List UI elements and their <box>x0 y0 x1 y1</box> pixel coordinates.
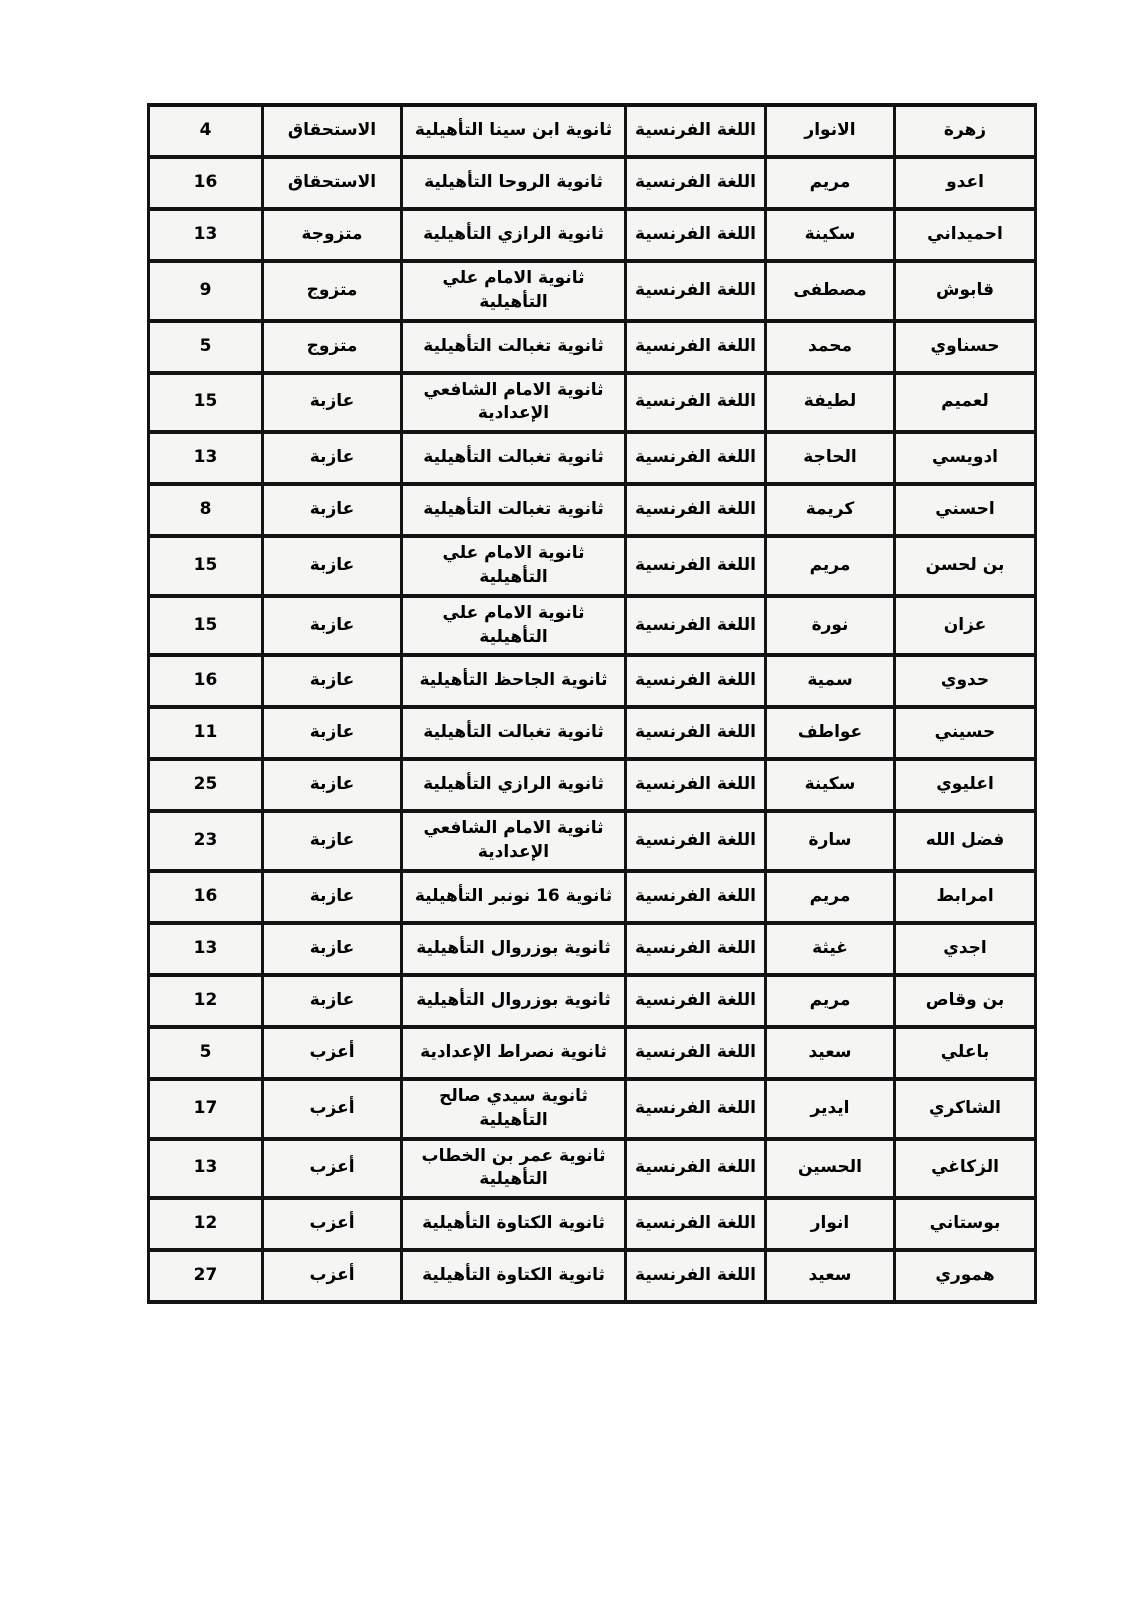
cell-first-name: سمية <box>766 655 895 707</box>
cell-school: ثانوية بوزروال التأهيلية <box>402 923 626 975</box>
cell-last-name: حسناوي <box>895 321 1036 373</box>
cell-number: 13 <box>149 432 263 484</box>
cell-first-name: سعيد <box>766 1250 895 1302</box>
cell-first-name: انوار <box>766 1198 895 1250</box>
cell-last-name: فضل الله <box>895 811 1036 871</box>
table-row: حسناويمحمداللغة الفرنسيةثانوية تغبالت ال… <box>149 321 1036 373</box>
cell-last-name: قابوش <box>895 261 1036 321</box>
cell-school: ثانوية الرازي التأهيلية <box>402 759 626 811</box>
table-row: اعليويسكينةاللغة الفرنسيةثانوية الرازي ا… <box>149 759 1036 811</box>
cell-subject: اللغة الفرنسية <box>626 1139 766 1199</box>
cell-subject: اللغة الفرنسية <box>626 759 766 811</box>
cell-last-name: باعلي <box>895 1027 1036 1079</box>
cell-first-name: الانوار <box>766 105 895 157</box>
cell-marital-status: عازبة <box>263 596 402 656</box>
cell-school: ثانوية الروحا التأهيلية <box>402 157 626 209</box>
cell-marital-status: أعزب <box>263 1027 402 1079</box>
cell-number: 25 <box>149 759 263 811</box>
cell-marital-status: عازبة <box>263 923 402 975</box>
table-row: ادويسيالحاجةاللغة الفرنسيةثانوية تغبالت … <box>149 432 1036 484</box>
cell-marital-status: متزوجة <box>263 209 402 261</box>
cell-school: ثانوية الامام علي التأهيلية <box>402 261 626 321</box>
cell-subject: اللغة الفرنسية <box>626 261 766 321</box>
cell-first-name: سكينة <box>766 209 895 261</box>
cell-first-name: الحسين <box>766 1139 895 1199</box>
table-row: فضل اللهسارةاللغة الفرنسيةثانوية الامام … <box>149 811 1036 871</box>
cell-number: 15 <box>149 536 263 596</box>
cell-last-name: الزكاغي <box>895 1139 1036 1199</box>
cell-number: 16 <box>149 655 263 707</box>
cell-subject: اللغة الفرنسية <box>626 209 766 261</box>
cell-last-name: اعليوي <box>895 759 1036 811</box>
cell-school: ثانوية الكتاوة التأهيلية <box>402 1198 626 1250</box>
table-row: امرابطمريماللغة الفرنسيةثانوية 16 نونبر … <box>149 871 1036 923</box>
cell-marital-status: أعزب <box>263 1079 402 1139</box>
cell-subject: اللغة الفرنسية <box>626 923 766 975</box>
cell-school: ثانوية تغبالت التأهيلية <box>402 484 626 536</box>
cell-last-name: احسني <box>895 484 1036 536</box>
cell-marital-status: عازبة <box>263 707 402 759</box>
cell-marital-status: عازبة <box>263 811 402 871</box>
cell-last-name: احميداني <box>895 209 1036 261</box>
cell-school: ثانوية عمر بن الخطاب التأهيلية <box>402 1139 626 1199</box>
cell-school: ثانوية الامام الشافعي الإعدادية <box>402 811 626 871</box>
cell-marital-status: متزوج <box>263 261 402 321</box>
cell-subject: اللغة الفرنسية <box>626 105 766 157</box>
cell-subject: اللغة الفرنسية <box>626 1198 766 1250</box>
cell-first-name: مصطفى <box>766 261 895 321</box>
table-row: باعليسعيداللغة الفرنسيةثانوية نصراط الإع… <box>149 1027 1036 1079</box>
cell-marital-status: عازبة <box>263 373 402 433</box>
table-row: لعميملطيفةاللغة الفرنسيةثانوية الامام ال… <box>149 373 1036 433</box>
cell-school: ثانوية سيدي صالح التأهيلية <box>402 1079 626 1139</box>
cell-marital-status: عازبة <box>263 536 402 596</box>
cell-subject: اللغة الفرنسية <box>626 1250 766 1302</box>
cell-number: 5 <box>149 1027 263 1079</box>
cell-school: ثانوية الكتاوة التأهيلية <box>402 1250 626 1302</box>
cell-first-name: عواطف <box>766 707 895 759</box>
cell-number: 8 <box>149 484 263 536</box>
cell-school: ثانوية نصراط الإعدادية <box>402 1027 626 1079</box>
cell-last-name: ادويسي <box>895 432 1036 484</box>
cell-number: 5 <box>149 321 263 373</box>
cell-marital-status: عازبة <box>263 655 402 707</box>
cell-first-name: سعيد <box>766 1027 895 1079</box>
cell-number: 27 <box>149 1250 263 1302</box>
cell-marital-status: عازبة <box>263 871 402 923</box>
cell-number: 17 <box>149 1079 263 1139</box>
cell-number: 11 <box>149 707 263 759</box>
table-row: بن وقاصمريماللغة الفرنسيةثانوية بوزروال … <box>149 975 1036 1027</box>
cell-number: 16 <box>149 871 263 923</box>
cell-subject: اللغة الفرنسية <box>626 157 766 209</box>
cell-first-name: كريمة <box>766 484 895 536</box>
cell-school: ثانوية تغبالت التأهيلية <box>402 432 626 484</box>
cell-marital-status: أعزب <box>263 1139 402 1199</box>
cell-marital-status: أعزب <box>263 1250 402 1302</box>
table-row: حسينيعواطفاللغة الفرنسيةثانوية تغبالت ال… <box>149 707 1036 759</box>
cell-last-name: بوستاني <box>895 1198 1036 1250</box>
cell-number: 13 <box>149 1139 263 1199</box>
cell-school: ثانوية تغبالت التأهيلية <box>402 321 626 373</box>
cell-marital-status: أعزب <box>263 1198 402 1250</box>
cell-marital-status: الاستحقاق <box>263 105 402 157</box>
cell-school: ثانوية الرازي التأهيلية <box>402 209 626 261</box>
table-row: بن لحسنمريماللغة الفرنسيةثانوية الامام ع… <box>149 536 1036 596</box>
document-page: زهرةالانواراللغة الفرنسيةثانوية ابن سينا… <box>0 0 1131 1600</box>
table-row: احميدانيسكينةاللغة الفرنسيةثانوية الرازي… <box>149 209 1036 261</box>
cell-school: ثانوية ابن سينا التأهيلية <box>402 105 626 157</box>
cell-number: 9 <box>149 261 263 321</box>
cell-first-name: محمد <box>766 321 895 373</box>
cell-first-name: مريم <box>766 536 895 596</box>
cell-last-name: اجدي <box>895 923 1036 975</box>
table-body: زهرةالانواراللغة الفرنسيةثانوية ابن سينا… <box>149 105 1036 1302</box>
cell-marital-status: عازبة <box>263 759 402 811</box>
cell-number: 16 <box>149 157 263 209</box>
cell-number: 12 <box>149 975 263 1027</box>
table-row: عزاننورةاللغة الفرنسيةثانوية الامام علي … <box>149 596 1036 656</box>
cell-marital-status: الاستحقاق <box>263 157 402 209</box>
table-row: حدويسميةاللغة الفرنسيةثانوية الجاحظ التأ… <box>149 655 1036 707</box>
cell-last-name: بن لحسن <box>895 536 1036 596</box>
cell-subject: اللغة الفرنسية <box>626 536 766 596</box>
cell-first-name: الحاجة <box>766 432 895 484</box>
cell-last-name: امرابط <box>895 871 1036 923</box>
table-row: بوستانيانواراللغة الفرنسيةثانوية الكتاوة… <box>149 1198 1036 1250</box>
cell-last-name: زهرة <box>895 105 1036 157</box>
cell-school: ثانوية الامام علي التأهيلية <box>402 596 626 656</box>
cell-school: ثانوية الامام علي التأهيلية <box>402 536 626 596</box>
cell-number: 15 <box>149 596 263 656</box>
cell-first-name: مريم <box>766 871 895 923</box>
cell-marital-status: عازبة <box>263 484 402 536</box>
cell-subject: اللغة الفرنسية <box>626 655 766 707</box>
cell-subject: اللغة الفرنسية <box>626 373 766 433</box>
table-row: زهرةالانواراللغة الفرنسيةثانوية ابن سينا… <box>149 105 1036 157</box>
cell-first-name: مريم <box>766 975 895 1027</box>
cell-last-name: حسيني <box>895 707 1036 759</box>
teachers-table: زهرةالانواراللغة الفرنسيةثانوية ابن سينا… <box>147 103 1037 1304</box>
cell-first-name: غيثة <box>766 923 895 975</box>
cell-number: 4 <box>149 105 263 157</box>
cell-marital-status: عازبة <box>263 432 402 484</box>
cell-subject: اللغة الفرنسية <box>626 484 766 536</box>
cell-marital-status: عازبة <box>263 975 402 1027</box>
cell-number: 13 <box>149 209 263 261</box>
cell-last-name: اعدو <box>895 157 1036 209</box>
cell-school: ثانوية 16 نونبر التأهيلية <box>402 871 626 923</box>
cell-last-name: بن وقاص <box>895 975 1036 1027</box>
cell-number: 13 <box>149 923 263 975</box>
cell-subject: اللغة الفرنسية <box>626 975 766 1027</box>
cell-first-name: سارة <box>766 811 895 871</box>
cell-first-name: نورة <box>766 596 895 656</box>
cell-subject: اللغة الفرنسية <box>626 1079 766 1139</box>
cell-school: ثانوية تغبالت التأهيلية <box>402 707 626 759</box>
cell-first-name: لطيفة <box>766 373 895 433</box>
cell-subject: اللغة الفرنسية <box>626 811 766 871</box>
cell-last-name: عزان <box>895 596 1036 656</box>
table-row: الزكاغيالحسيناللغة الفرنسيةثانوية عمر بن… <box>149 1139 1036 1199</box>
cell-school: ثانوية بوزروال التأهيلية <box>402 975 626 1027</box>
cell-marital-status: متزوج <box>263 321 402 373</box>
cell-number: 12 <box>149 1198 263 1250</box>
cell-subject: اللغة الفرنسية <box>626 707 766 759</box>
table-row: هموريسعيداللغة الفرنسيةثانوية الكتاوة ال… <box>149 1250 1036 1302</box>
cell-first-name: ايدير <box>766 1079 895 1139</box>
cell-subject: اللغة الفرنسية <box>626 596 766 656</box>
cell-first-name: مريم <box>766 157 895 209</box>
table-row: قابوشمصطفىاللغة الفرنسيةثانوية الامام عل… <box>149 261 1036 321</box>
cell-last-name: هموري <box>895 1250 1036 1302</box>
cell-first-name: سكينة <box>766 759 895 811</box>
cell-last-name: لعميم <box>895 373 1036 433</box>
cell-number: 15 <box>149 373 263 433</box>
table-row: اعدومريماللغة الفرنسيةثانوية الروحا التأ… <box>149 157 1036 209</box>
cell-last-name: حدوي <box>895 655 1036 707</box>
cell-school: ثانوية الامام الشافعي الإعدادية <box>402 373 626 433</box>
cell-subject: اللغة الفرنسية <box>626 1027 766 1079</box>
cell-number: 23 <box>149 811 263 871</box>
cell-last-name: الشاكري <box>895 1079 1036 1139</box>
table-row: الشاكريايديراللغة الفرنسيةثانوية سيدي صا… <box>149 1079 1036 1139</box>
cell-school: ثانوية الجاحظ التأهيلية <box>402 655 626 707</box>
table-row: احسنيكريمةاللغة الفرنسيةثانوية تغبالت ال… <box>149 484 1036 536</box>
cell-subject: اللغة الفرنسية <box>626 432 766 484</box>
cell-subject: اللغة الفرنسية <box>626 321 766 373</box>
table-row: اجديغيثةاللغة الفرنسيةثانوية بوزروال الت… <box>149 923 1036 975</box>
cell-subject: اللغة الفرنسية <box>626 871 766 923</box>
